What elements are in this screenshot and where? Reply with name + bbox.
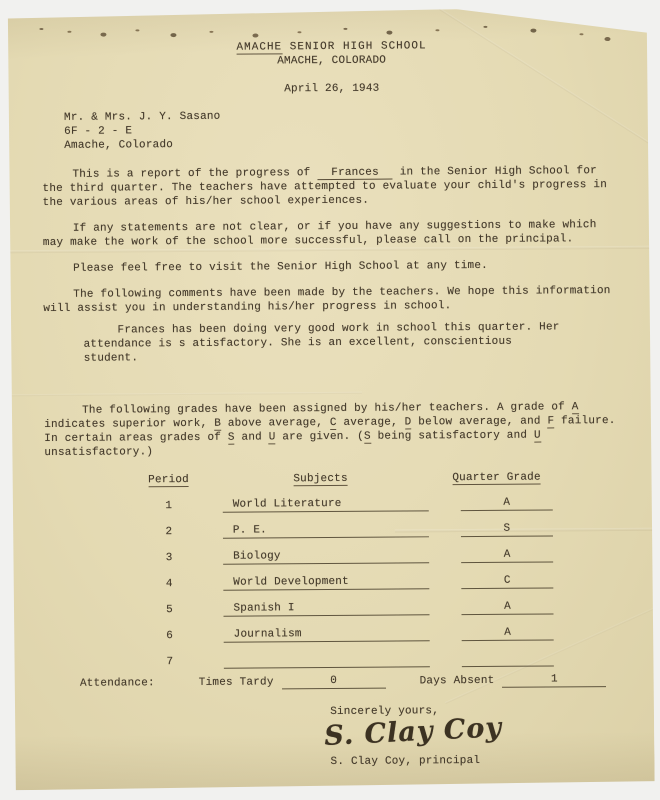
table-header-period: Period [141, 473, 197, 487]
row-subject: Spanish I [223, 600, 429, 616]
times-tardy-label: Times Tardy [199, 675, 274, 690]
subjects-header-label: Subjects [293, 473, 348, 486]
row-grade: A [462, 625, 554, 641]
row-subject [224, 666, 430, 668]
period-header-label: Period [148, 474, 189, 487]
attendance-label: Attendance: [80, 676, 155, 691]
grades-table: Period Subjects Quarter Grade 1 World Li… [140, 464, 625, 669]
school-name-rest: SENIOR HIGH SCHOOL [282, 40, 427, 53]
row-grade: S [461, 521, 553, 537]
paragraph-comments-intro: The following comments have been made by… [43, 284, 623, 316]
report-intro-text: This is a report of the progress of [72, 167, 317, 181]
row-grade: A [461, 599, 553, 615]
teacher-comment: Frances has been doing very good work in… [83, 320, 563, 365]
attendance-line: Attendance: Times Tardy 0 Days Absent 1 [46, 672, 626, 691]
row-period: 4 [141, 577, 197, 591]
table-header-subjects: Subjects [223, 471, 419, 486]
row-grade: C [461, 573, 553, 589]
signature-typed: S. Clay Coy, principal [330, 753, 626, 769]
paragraph-report-intro: This is a report of the progress of Fran… [42, 164, 622, 210]
row-subject: World Literature [223, 496, 429, 512]
row-grade: A [461, 547, 553, 563]
row-subject: P. E. [223, 522, 429, 538]
table-row: 3 Biology A [141, 536, 625, 565]
recipient-city: Amache, Colorado [64, 135, 622, 153]
photo-background: AMACHE SENIOR HIGH SCHOOL AMACHE, COLORA… [0, 0, 660, 800]
row-subject: Journalism [224, 626, 430, 642]
table-row: 5 Spanish I A [141, 588, 625, 617]
row-grade: A [461, 495, 553, 511]
row-period: 1 [141, 499, 197, 513]
table-header-quarter-grade: Quarter Grade [451, 471, 543, 486]
recipient-address: Mr. & Mrs. J. Y. Sasano 6F - 2 - E Amach… [64, 107, 622, 153]
row-grade [462, 665, 554, 667]
row-subject: World Development [223, 574, 429, 590]
quarter-grade-header-label: Quarter Grade [452, 472, 541, 486]
row-period: 7 [142, 655, 198, 669]
table-row: 7 [142, 640, 626, 669]
paragraph-visit: Please feel free to visit the Senior Hig… [43, 258, 623, 276]
row-period: 3 [141, 551, 197, 565]
times-tardy-value: 0 [282, 674, 386, 690]
table-row: 1 World Literature A [141, 484, 625, 513]
days-absent-value: 1 [502, 672, 606, 688]
row-period: 5 [141, 603, 197, 617]
school-name-underlined-part: AMACHE [236, 41, 282, 54]
letter-date: April 26, 1943 [42, 80, 622, 98]
paragraph-suggestions: If any statements are not clear, or if y… [43, 218, 623, 250]
row-subject: Biology [223, 548, 429, 564]
table-row: 6 Journalism A [142, 614, 626, 643]
grades-explanation: The following grades have been assigned … [44, 400, 624, 460]
row-period: 6 [142, 629, 198, 643]
student-name-underline: Frances [317, 167, 393, 181]
days-absent-label: Days Absent [420, 674, 495, 689]
letter-document: AMACHE SENIOR HIGH SCHOOL AMACHE, COLORA… [5, 8, 654, 790]
row-period: 2 [141, 525, 197, 539]
closing-block: Sincerely yours, S. Clay Coy S. Clay Coy… [330, 703, 626, 769]
table-row: 4 World Development C [141, 562, 625, 591]
table-row: 2 P. E. S [141, 510, 625, 539]
school-location: AMACHE, COLORADO [42, 52, 622, 70]
letter-content: AMACHE SENIOR HIGH SCHOOL AMACHE, COLORA… [5, 8, 654, 771]
